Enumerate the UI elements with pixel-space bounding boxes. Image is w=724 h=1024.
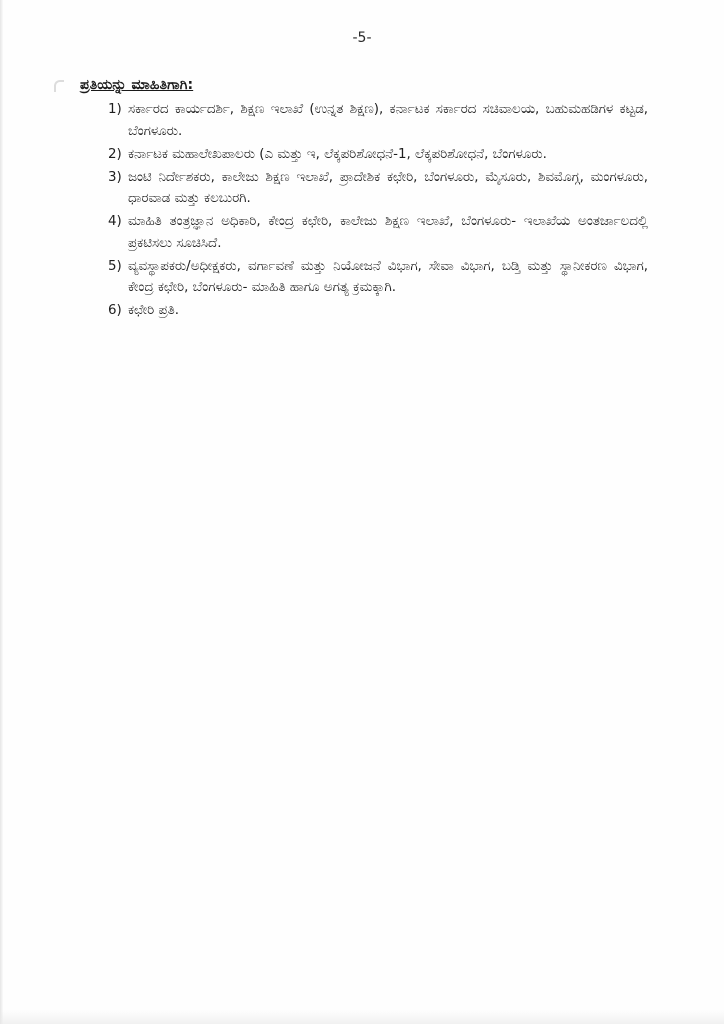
page-edge	[0, 0, 3, 1024]
list-item: 1) ಸರ್ಕಾರದ ಕಾರ್ಯದರ್ಶಿ, ಶಿಕ್ಷಣ ಇಲಾಖೆ (ಉನ್…	[108, 99, 648, 142]
item-text: ಸರ್ಕಾರದ ಕಾರ್ಯದರ್ಶಿ, ಶಿಕ್ಷಣ ಇಲಾಖೆ (ಉನ್ನತ …	[128, 99, 648, 142]
item-number: 4)	[108, 211, 128, 254]
copy-for-information-heading: ಪ್ರತಿಯನ್ನು ಮಾಹಿತಿಗಾಗಿ:	[80, 77, 193, 93]
item-text: ಜಂಟಿ ನಿರ್ದೇಶಕರು, ಕಾಲೇಜು ಶಿಕ್ಷಣ ಇಲಾಖೆ, ಪ್…	[128, 167, 648, 210]
item-number: 3)	[108, 167, 128, 210]
item-number: 1)	[108, 99, 128, 142]
scan-bottom-shadow	[0, 1010, 724, 1024]
list-item: 3) ಜಂಟಿ ನಿರ್ದೇಶಕರು, ಕಾಲೇಜು ಶಿಕ್ಷಣ ಇಲಾಖೆ,…	[108, 167, 648, 210]
item-number: 5)	[108, 256, 128, 299]
item-text: ಕಛೇರಿ ಪ್ರತಿ.	[128, 300, 648, 322]
item-number: 6)	[108, 300, 128, 322]
page-number: -5-	[0, 30, 724, 46]
punch-hole-mark	[54, 80, 64, 92]
item-text: ಕರ್ನಾಟಕ ಮಹಾಲೇಖಪಾಲರು (ಎ ಮತ್ತು ಇ, ಲೆಕ್ಕಪರಿ…	[128, 144, 648, 166]
item-text: ವ್ಯವಸ್ಥಾಪಕರು/ಅಧೀಕ್ಷಕರು, ವರ್ಗಾವಣೆ ಮತ್ತು ನ…	[128, 256, 648, 299]
list-item: 4) ಮಾಹಿತಿ ತಂತ್ರಜ್ಞಾನ ಅಧಿಕಾರಿ, ಕೇಂದ್ರ ಕಛೇ…	[108, 211, 648, 254]
item-number: 2)	[108, 144, 128, 166]
list-item: 2) ಕರ್ನಾಟಕ ಮಹಾಲೇಖಪಾಲರು (ಎ ಮತ್ತು ಇ, ಲೆಕ್ಕ…	[108, 144, 648, 166]
document-page: -5- ಪ್ರತಿಯನ್ನು ಮಾಹಿತಿಗಾಗಿ: 1) ಸರ್ಕಾರದ ಕಾ…	[0, 0, 724, 1024]
recipient-list: 1) ಸರ್ಕಾರದ ಕಾರ್ಯದರ್ಶಿ, ಶಿಕ್ಷಣ ಇಲಾಖೆ (ಉನ್…	[108, 99, 648, 323]
item-text: ಮಾಹಿತಿ ತಂತ್ರಜ್ಞಾನ ಅಧಿಕಾರಿ, ಕೇಂದ್ರ ಕಛೇರಿ,…	[128, 211, 648, 254]
list-item: 6) ಕಛೇರಿ ಪ್ರತಿ.	[108, 300, 648, 322]
list-item: 5) ವ್ಯವಸ್ಥಾಪಕರು/ಅಧೀಕ್ಷಕರು, ವರ್ಗಾವಣೆ ಮತ್ತ…	[108, 256, 648, 299]
